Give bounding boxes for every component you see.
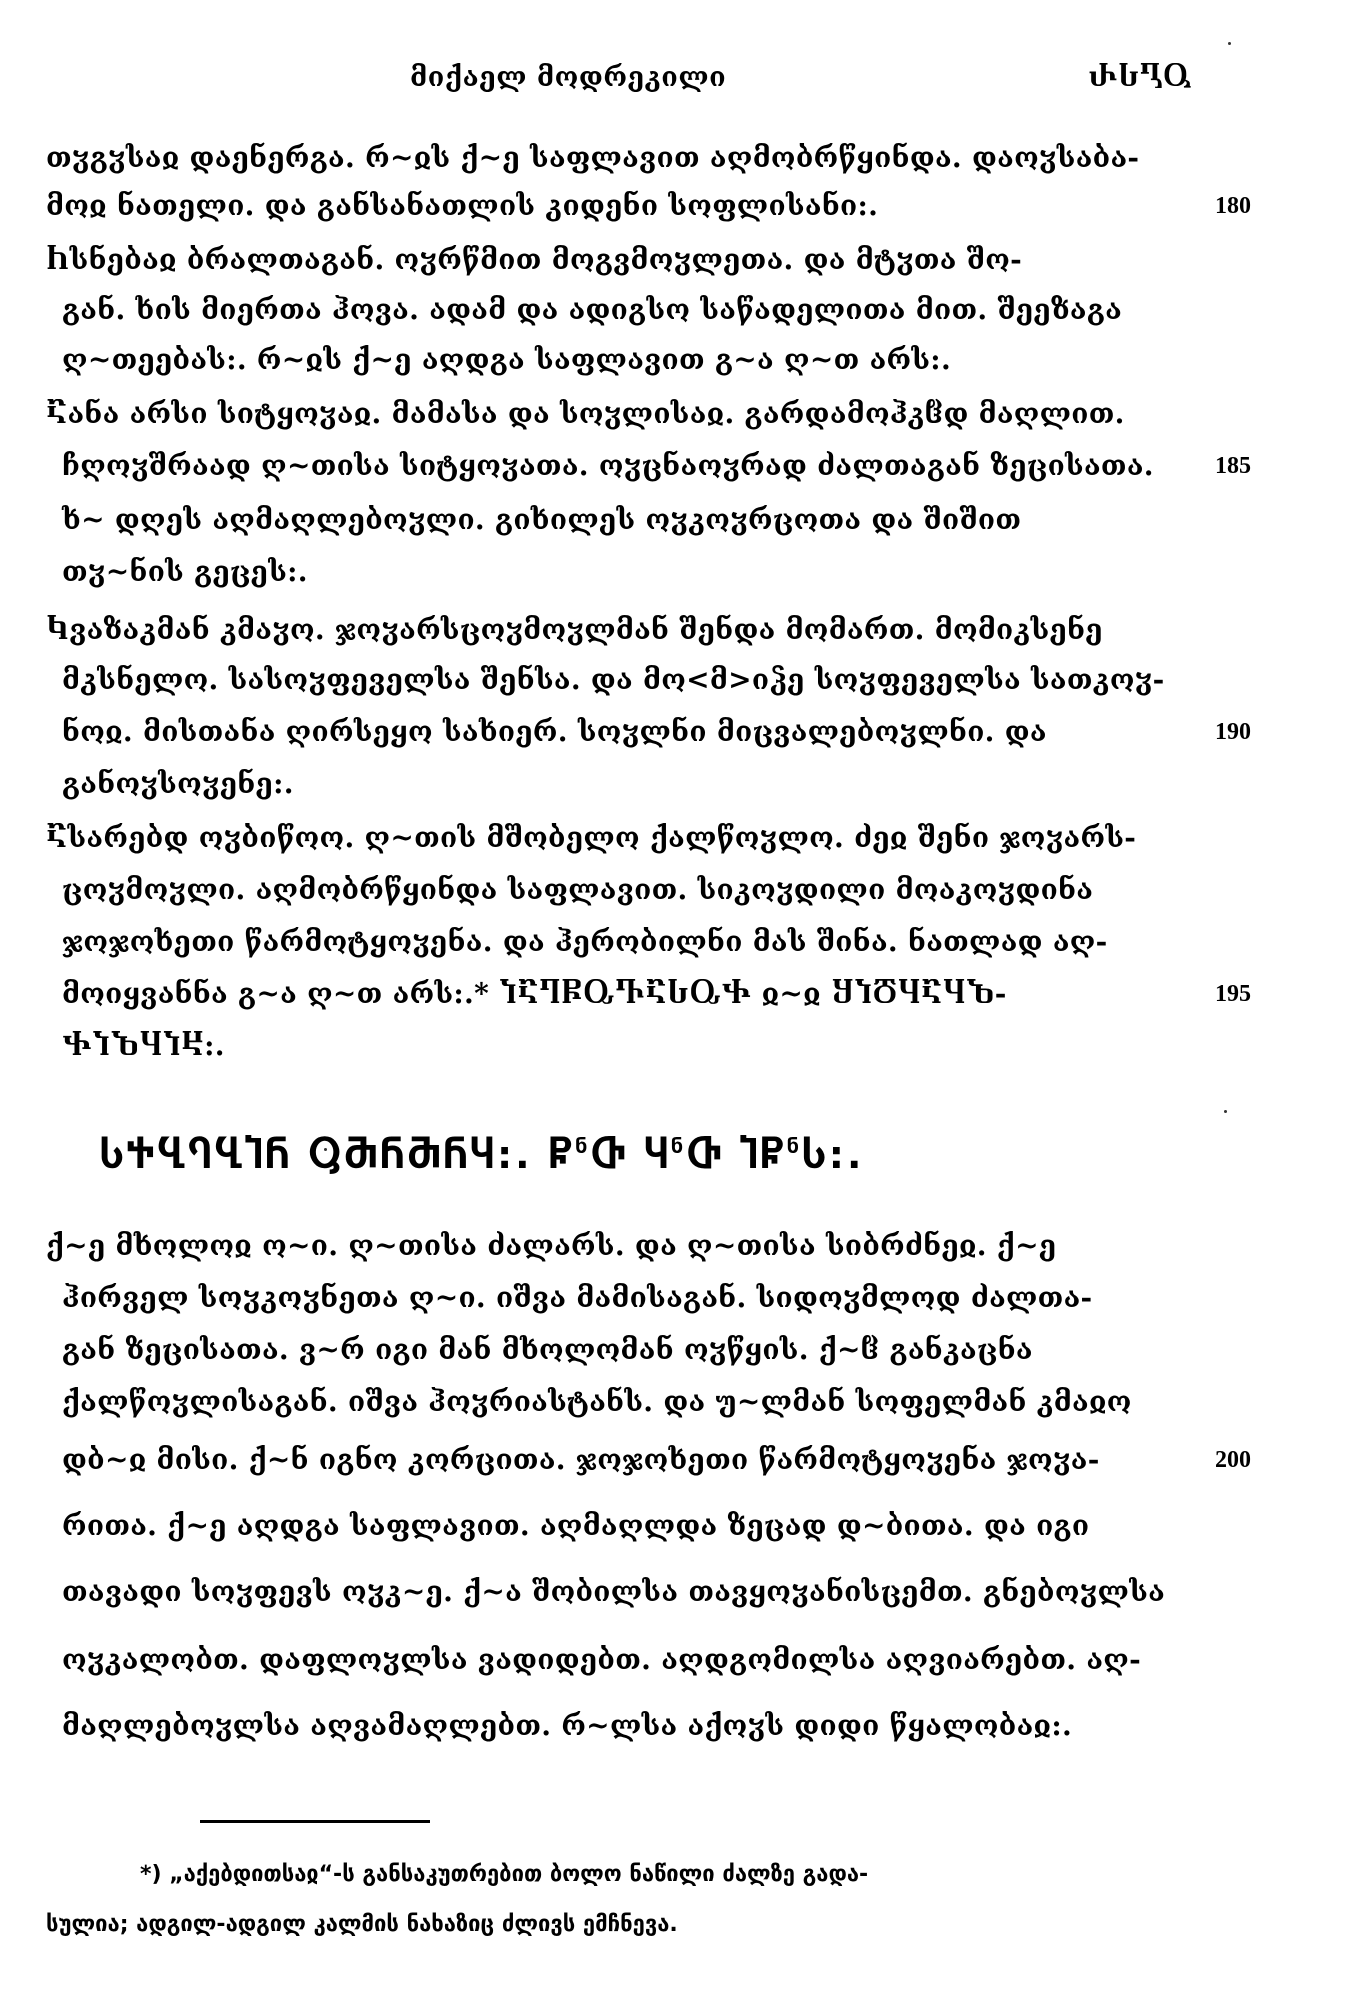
text-line: ჩღოჳშრაად ღ~თისა სიტყოჳათა. ოჳცნაოჳრად ძ… <box>62 446 1242 486</box>
text-line: დბ~ჲ მისი. ქ~ნ იგნო კორცითა. ჯოჯოხეთი წა… <box>62 1440 1242 1480</box>
text-line: მოჲ ნათელი. და განსანათლის კიდენი სოფლის… <box>46 186 1226 226</box>
text-line: ქალწოჳლისაგან. იშვა ჰოჳრიასტანს. და უ~ლმ… <box>62 1382 1242 1422</box>
text-line: ცოჳმოჳლი. აღმობრწყინდა საფლავით. სიკოჳდი… <box>62 870 1242 910</box>
line-number: 190 <box>1215 712 1251 752</box>
running-header: მიქაელ მოდრეკილი ႰႱႢႳ <box>0 62 1364 112</box>
section-title: ႱႵႡႤႡႨႬ ႳႫႬႫႬႷ:. ႼჼႧ ႷჼႧ ႨႼჼႱ:. <box>100 1130 864 1180</box>
speck <box>1224 1110 1227 1113</box>
speck <box>324 1148 327 1151</box>
text-line: თჳგჳსაჲ დაენერგა. რ~ჲს ქ~ე საფლავით აღმო… <box>46 138 1226 178</box>
line-number: 185 <box>1215 446 1251 486</box>
footnote-separator <box>200 1820 430 1823</box>
text-line: გან ზეცისათა. ვ~რ იგი მან მხოლომან ოჳწყი… <box>62 1330 1242 1370</box>
text-line: Ⴉვაზაკმან კმაჳო. ჯოჳარსცოჳმოჳლმან შენდა … <box>46 610 1226 650</box>
text-line: ხ~ დღეს აღმაღლებოჳლი. გიხილეს ოჳკოჳრცოთა… <box>62 500 1242 540</box>
footnote-line: *) „აქებდითსაჲ“-ს განსაკუთრებით ბოლო ნაწ… <box>140 1858 868 1892</box>
text-line: Ⴀსარებდ ოჳბიწოო. ღ~თის მშობელო ქალწოჳლო.… <box>46 818 1226 858</box>
text-line: ႵႨႦႷႨႾ:. <box>62 1026 1242 1066</box>
footnote-line: სულია; ადგილ-ადგილ კალმის ნახაზიც ძლივს … <box>46 1908 678 1942</box>
speck <box>1228 42 1231 45</box>
line-number: 180 <box>1215 186 1251 226</box>
text-line: გან. ხის მიერთა ჰოვა. ადამ და ადიგსო საწ… <box>62 290 1242 330</box>
page-number: ႰႱႢႳ <box>1088 62 1192 93</box>
text-line: ღ~თეებას:. რ~ჲს ქ~ე აღდგა საფლავით გ~ა ღ… <box>62 340 1242 380</box>
document-page: მიქაელ მოდრეკილი ႰႱႢႳ თჳგჳსაჲ დაენერგა. … <box>0 0 1364 1999</box>
running-title: მიქაელ მოდრეკილი <box>410 62 726 93</box>
text-line: რითა. ქ~ე აღდგა საფლავით. აღმაღლდა ზეცად… <box>62 1506 1242 1546</box>
text-line: ჰირველ სოჳკოჳნეთა ღ~ი. იშვა მამისაგან. ს… <box>62 1278 1242 1318</box>
text-line: ჯოჯოხეთი წარმოტყოჳენა. და ჰერობილნი მას … <box>62 922 1242 962</box>
text-line: მაღლებოჳლსა აღვამაღლებთ. რ~ლსა აქოჳს დიდ… <box>62 1706 1242 1746</box>
text-line: თავადი სოჳფევს ოჳკ~ე. ქ~ა შობილსა თავყოჳ… <box>62 1572 1242 1612</box>
text-line: მკსნელო. სასოჳფეველსა შენსა. და მო<მ>იჴე… <box>62 660 1242 700</box>
text-line: განოჳსოჳენე:. <box>62 764 1242 804</box>
text-line: ნოჲ. მისთანა ღირსეყო სახიერ. სოჳლნი მიცვ… <box>62 712 1242 752</box>
line-number: 200 <box>1215 1440 1251 1480</box>
text-line: მოიყვანნა გ~ა ღ~თ არს:.* ႨႠႤႼႭႥႠႱႭႵ ჲ~ჲ … <box>62 974 1242 1014</box>
text-line: თჳ~ნის გეცეს:. <box>62 552 1242 592</box>
text-line: Ⴙსნებაჲ ბრალთაგან. ოჳრწმით მოგვმოჳლეთა. … <box>46 240 1226 280</box>
text-line: ქ~ე მხოლოჲ ო~ი. ღ~თისა ძალარს. და ღ~თისა… <box>46 1226 1226 1266</box>
text-line: ოჳკალობთ. დაფლოჳლსა ვადიდებთ. აღდგომილსა… <box>62 1640 1242 1680</box>
line-number: 195 <box>1215 974 1251 1014</box>
text-line: Ⴀანა არსი სიტყოჳაჲ. მამასა და სოჳლისაჲ. … <box>46 394 1226 434</box>
